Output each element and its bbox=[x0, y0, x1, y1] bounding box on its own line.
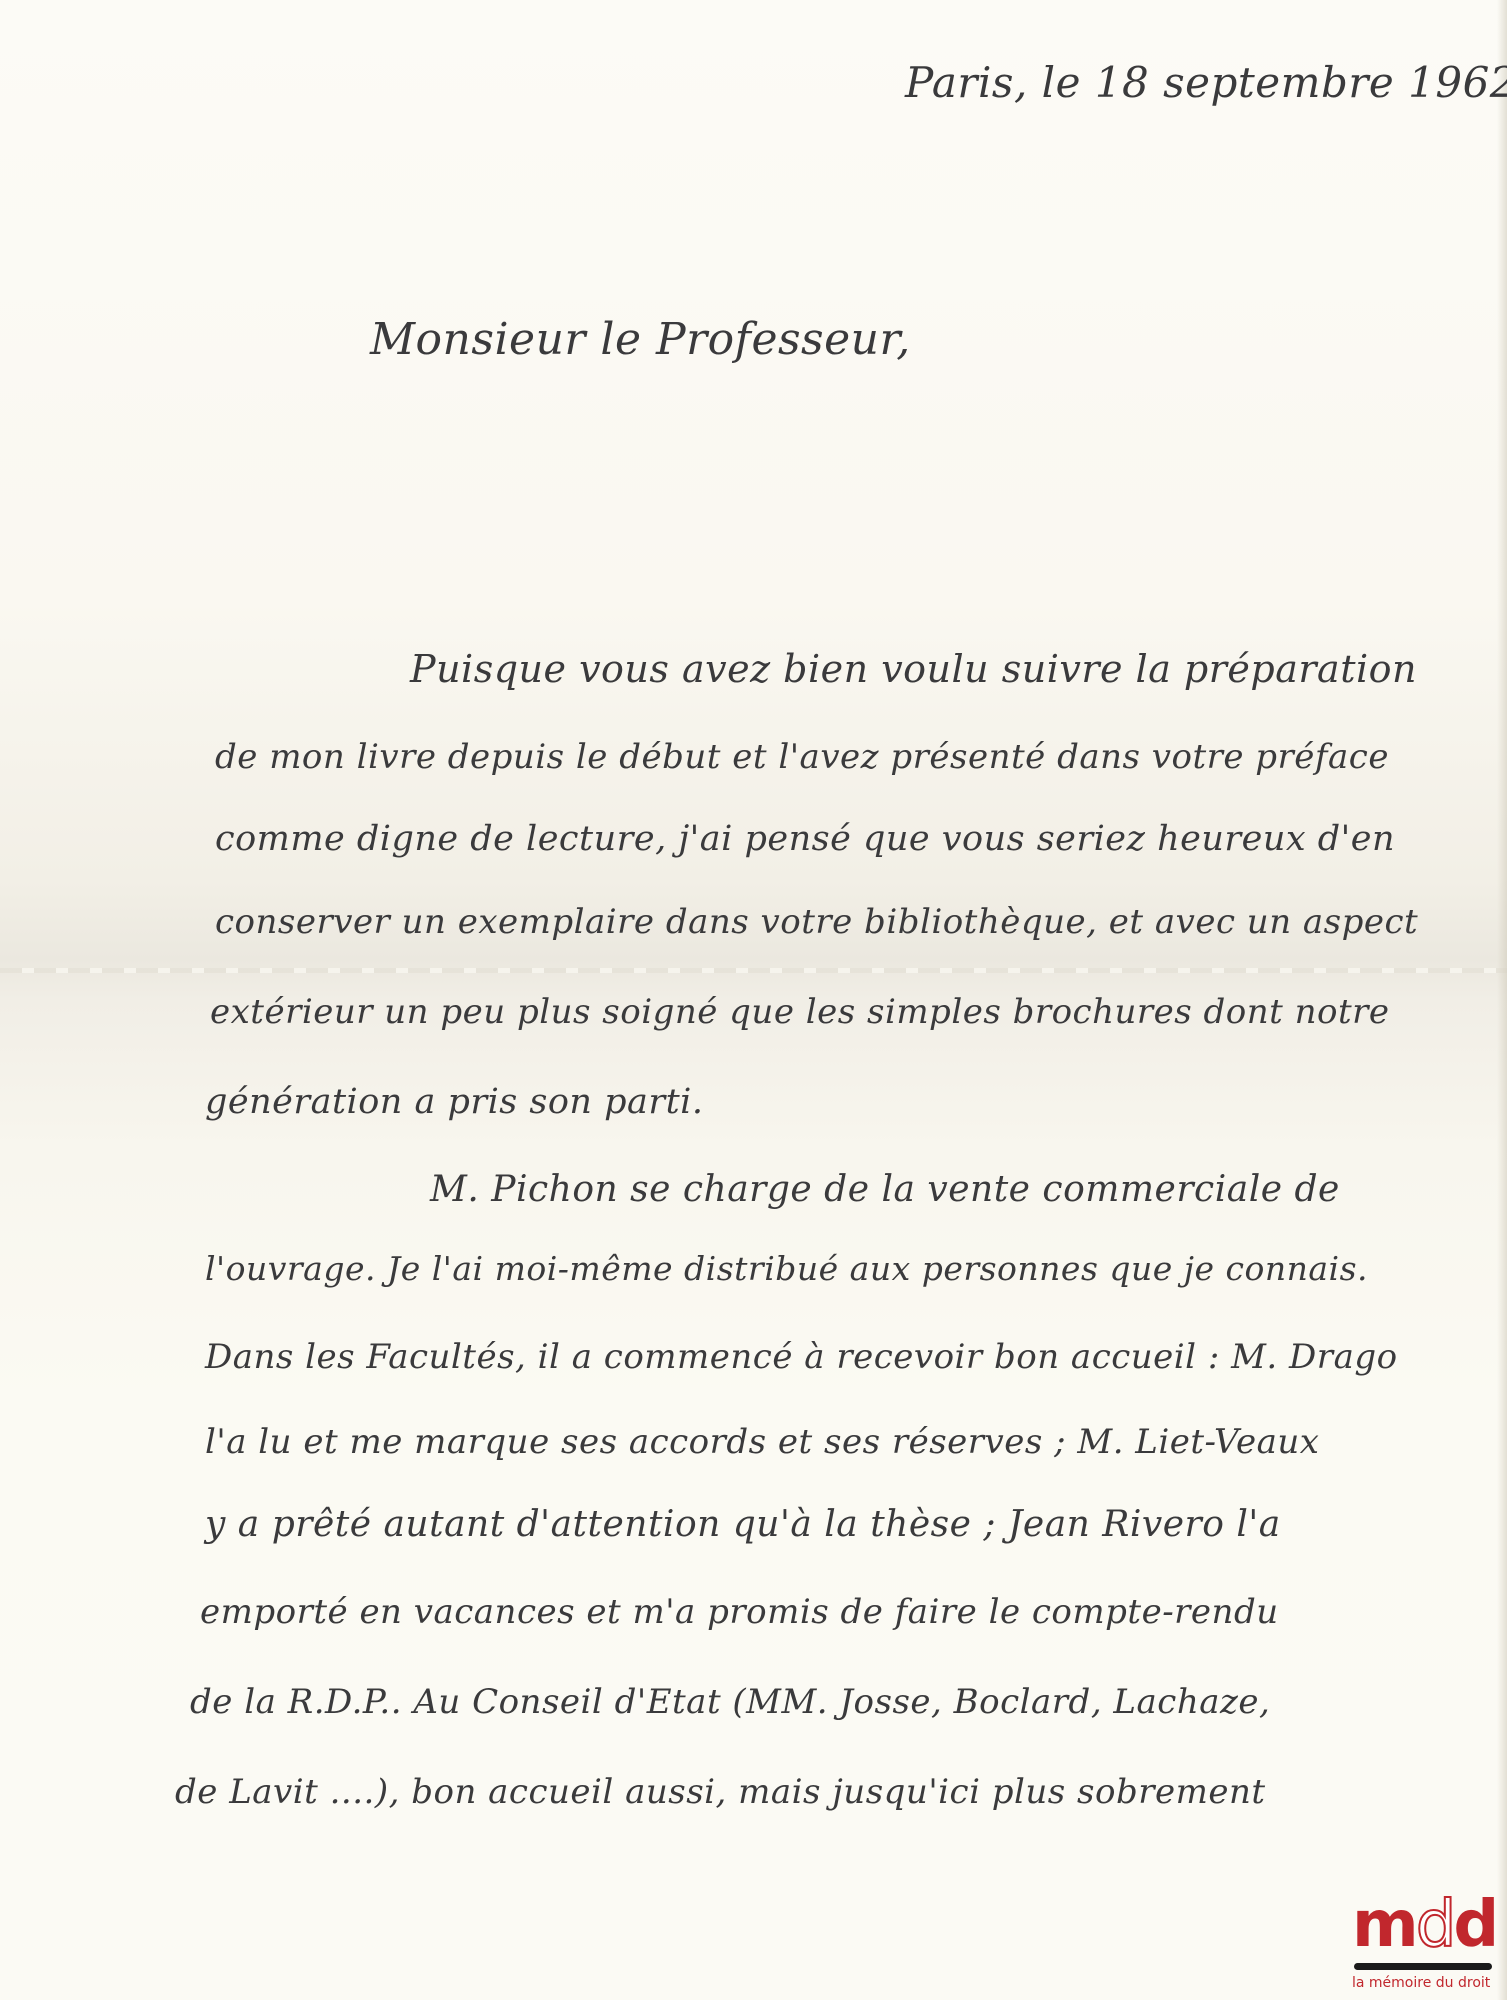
letter-page: Paris, le 18 septembre 1962 Monsieur le … bbox=[0, 0, 1507, 2000]
letter-line: emporté en vacances et m'a promis de fai… bbox=[200, 1595, 1279, 1629]
letter-line: l'ouvrage. Je l'ai moi-même distribué au… bbox=[205, 1252, 1368, 1285]
logo-underline-bar bbox=[1354, 1963, 1492, 1970]
logo-letter-d: d bbox=[1453, 1888, 1496, 1962]
letter-line: extérieur un peu plus soigné que les sim… bbox=[210, 995, 1390, 1029]
letter-line: Dans les Facultés, il a commencé à recev… bbox=[205, 1340, 1398, 1374]
letter-line: Puisque vous avez bien voulu suivre la p… bbox=[410, 650, 1417, 688]
logo-letter-m: m bbox=[1352, 1888, 1416, 1962]
letter-line: de Lavit ....), bon accueil aussi, mais … bbox=[175, 1775, 1266, 1809]
page-edge-shadow bbox=[1497, 0, 1507, 2000]
letter-line: comme digne de lecture, j'ai pensé que v… bbox=[215, 822, 1395, 857]
logo-mark: mdd bbox=[1352, 1893, 1496, 1957]
letter-line: de mon livre depuis le début et l'avez p… bbox=[215, 740, 1389, 774]
letter-line: M. Pichon se charge de la vente commerci… bbox=[430, 1172, 1340, 1208]
letter-line: génération a pris son parti. bbox=[205, 1085, 703, 1120]
letter-line: conserver un exemplaire dans votre bibli… bbox=[215, 905, 1418, 939]
letter-salutation: Monsieur le Professeur, bbox=[370, 318, 911, 362]
letter-line: de la R.D.P.. Au Conseil d'Etat (MM. Jos… bbox=[190, 1685, 1270, 1719]
letter-date-line: Paris, le 18 septembre 1962 bbox=[905, 62, 1507, 104]
letter-line: l'a lu et me marque ses accords et ses r… bbox=[205, 1425, 1319, 1459]
logo-letter-d-outline: d bbox=[1416, 1888, 1454, 1962]
letter-line: y a prêté autant d'attention qu'à la thè… bbox=[205, 1507, 1281, 1543]
paper-fold-line bbox=[0, 968, 1507, 973]
logo-tagline: la mémoire du droit bbox=[1352, 1975, 1490, 1991]
mdd-logo: mdd la mémoire du droit bbox=[1338, 1893, 1498, 1993]
